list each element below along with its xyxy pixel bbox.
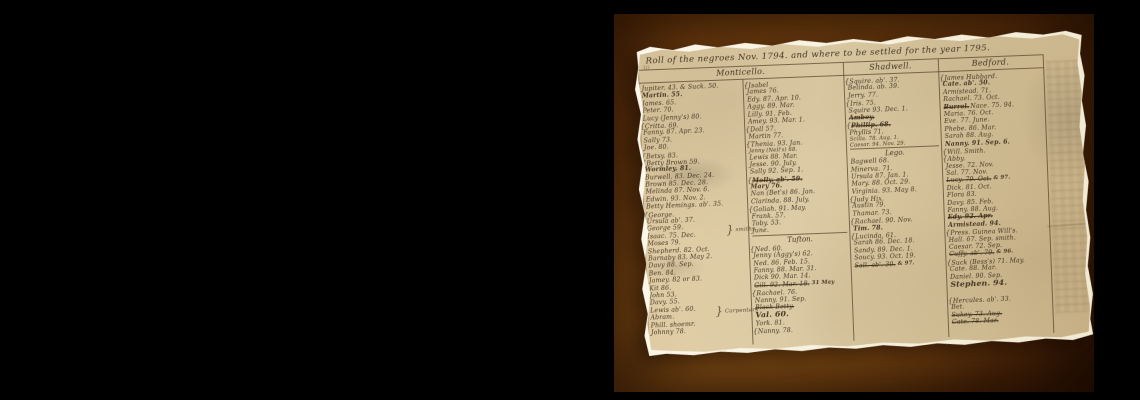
ink-bleedthrough-margin <box>1046 60 1092 313</box>
group-label: } Carpenters <box>716 306 759 316</box>
manuscript-page: Roll of the negroes Nov. 1794. and where… <box>632 29 1096 358</box>
document-content: Roll of the negroes Nov. 1794. and where… <box>635 32 1092 355</box>
group-brace: { <box>753 327 758 336</box>
added-note: & 97. <box>991 175 1010 182</box>
entry-text: Sall. ab'. 30. <box>854 261 895 270</box>
paper-torn-edge: Roll of the negroes Nov. 1794. and where… <box>632 29 1096 358</box>
group-brace-right: } <box>726 223 734 236</box>
entry-text: Cate. 78. Mar. <box>952 317 999 326</box>
entry-text: June. <box>752 227 769 235</box>
roll-column-monticello-1: Jupiter. 43. & Suck. 50.Martin. 55.James… <box>642 82 752 337</box>
paper-surface: Roll of the negroes Nov. 1794. and where… <box>635 32 1092 355</box>
roll-column-bedford: {James Hubbard.Cate. ab'. 50.Armistead. … <box>942 70 1051 326</box>
added-note: & 96. <box>994 249 1013 256</box>
screenshot-frame: Roll of the negroes Nov. 1794. and where… <box>0 0 1140 400</box>
roll-column-shadwell-lego: {Squire. ab'. 37.Belinda. ab. 39.Jerry. … <box>847 74 943 269</box>
entry-text: Bet. <box>951 304 965 312</box>
group-label: } smiths <box>726 225 755 235</box>
leather-background-photo: Roll of the negroes Nov. 1794. and where… <box>614 14 1094 392</box>
added-note: & 97. <box>895 260 914 267</box>
added-note: 31 May <box>810 279 835 286</box>
roll-column-monticello-2-tufton: {IsabelJames 76.Edy. 87. Apr. 10.Aggy. 8… <box>746 78 851 335</box>
entry-text: Val. 60. <box>755 310 789 320</box>
entry-text: Johnny 78. <box>651 328 686 336</box>
group-brace-right: } <box>716 305 724 318</box>
entry-text: Nanny. 78. <box>758 327 793 335</box>
